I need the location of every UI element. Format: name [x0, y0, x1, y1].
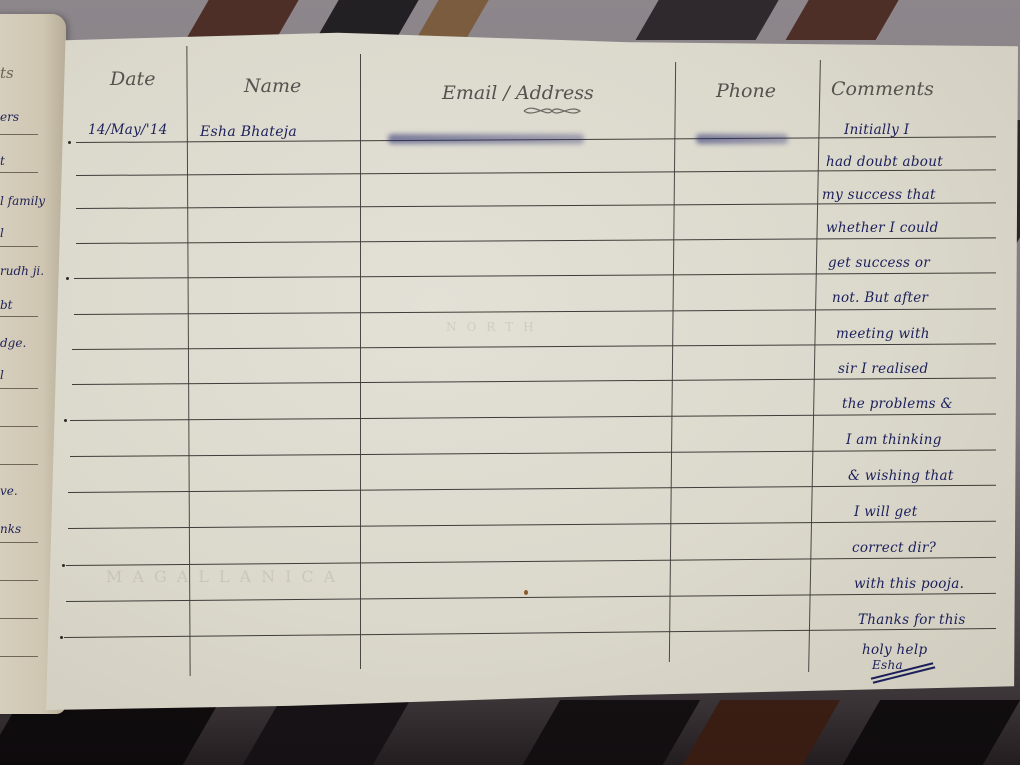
ruled-line — [68, 521, 996, 530]
fabric-stripe — [680, 700, 840, 765]
ruled-line — [64, 628, 996, 638]
left-page-rule — [0, 618, 38, 619]
comment-line: correct dir? — [852, 540, 936, 556]
left-page-rule — [0, 246, 38, 247]
line-dot — [64, 419, 67, 422]
comment-line: holy help — [862, 642, 927, 658]
comment-line: had doubt about — [826, 154, 943, 170]
comment-line: Initially I — [844, 122, 909, 138]
line-dot — [68, 141, 71, 144]
header-phone: Phone — [716, 80, 776, 102]
comment-line: whether I could — [826, 220, 939, 236]
comment-line: my success that — [822, 187, 936, 203]
ruled-line — [76, 237, 996, 244]
header-comments: Comments — [831, 78, 934, 100]
ruled-line — [76, 169, 996, 176]
left-page-rule — [0, 464, 38, 465]
fabric-stripe — [520, 700, 700, 765]
entry-date: 14/May/'14 — [88, 122, 168, 138]
line-dot — [62, 564, 65, 567]
left-page-fragment: l family — [0, 194, 45, 208]
line-dot — [60, 636, 63, 639]
column-divider — [360, 54, 361, 669]
comment-line: Thanks for this — [858, 612, 966, 628]
comment-line: sir I realised — [838, 361, 929, 377]
left-page-fragment: rudh ji. — [0, 264, 44, 278]
guest-book-page: MAGALLANICA NORTH Date Name Email / Addr… — [46, 30, 1018, 710]
comment-line: I will get — [854, 504, 917, 520]
left-page-fragment: ve. — [0, 484, 18, 498]
left-page-rule — [0, 656, 38, 657]
comment-line: meeting with — [836, 326, 930, 342]
entry-email-redacted — [388, 134, 584, 144]
comment-line: get success or — [828, 255, 930, 271]
fabric-stripe — [416, 0, 495, 40]
header-date: Date — [110, 68, 155, 90]
left-page-rule — [0, 134, 38, 135]
left-page-fragment: dge. — [0, 336, 26, 350]
left-page-rule — [0, 542, 38, 543]
column-divider — [669, 62, 677, 662]
left-page-fragment: l — [0, 226, 4, 240]
header-email-address: Email / Address — [442, 82, 594, 104]
entry-phone-redacted — [696, 134, 788, 144]
left-page-rule — [0, 426, 38, 427]
left-page-fragment: nks — [0, 522, 21, 536]
ruled-line — [68, 485, 996, 494]
column-divider — [808, 60, 821, 672]
ruled-line — [66, 557, 996, 566]
fabric-stripe — [786, 0, 905, 40]
ruled-line — [72, 343, 996, 350]
fabric-stripe — [186, 0, 305, 40]
left-page-fragment: t — [0, 154, 5, 168]
ruled-line — [74, 272, 996, 279]
ruled-line — [74, 308, 996, 315]
page-stain — [524, 590, 528, 595]
comment-line: I am thinking — [846, 432, 942, 448]
left-page-rule — [0, 580, 38, 581]
header-name: Name — [244, 75, 301, 97]
flourish-ornament — [522, 104, 582, 118]
left-page-fragment: ers — [0, 110, 19, 124]
map-watermark: MAGALLANICA — [106, 567, 345, 586]
comment-line: & wishing that — [848, 468, 954, 484]
map-watermark: NORTH — [446, 320, 544, 334]
ruled-line — [70, 450, 996, 458]
left-page-fragment: bt — [0, 298, 13, 312]
left-page-rule — [0, 316, 38, 317]
fabric-stripe — [636, 0, 785, 40]
ruled-line — [66, 593, 996, 602]
ruled-line — [76, 202, 996, 209]
fabric-stripe — [840, 700, 1020, 765]
line-dot — [66, 277, 69, 280]
left-page-fragment: l — [0, 368, 4, 382]
ruled-line — [72, 378, 996, 386]
comment-line: with this pooja. — [854, 576, 964, 592]
comment-line: not. But after — [832, 290, 928, 306]
fabric-stripe — [240, 700, 410, 765]
left-page-rule — [0, 172, 38, 173]
left-page-fragment: ts — [0, 64, 14, 82]
comment-line: the problems & — [842, 396, 953, 412]
left-page-rule — [0, 388, 38, 389]
ruled-line — [70, 414, 996, 422]
entry-name: Esha Bhateja — [200, 124, 297, 140]
